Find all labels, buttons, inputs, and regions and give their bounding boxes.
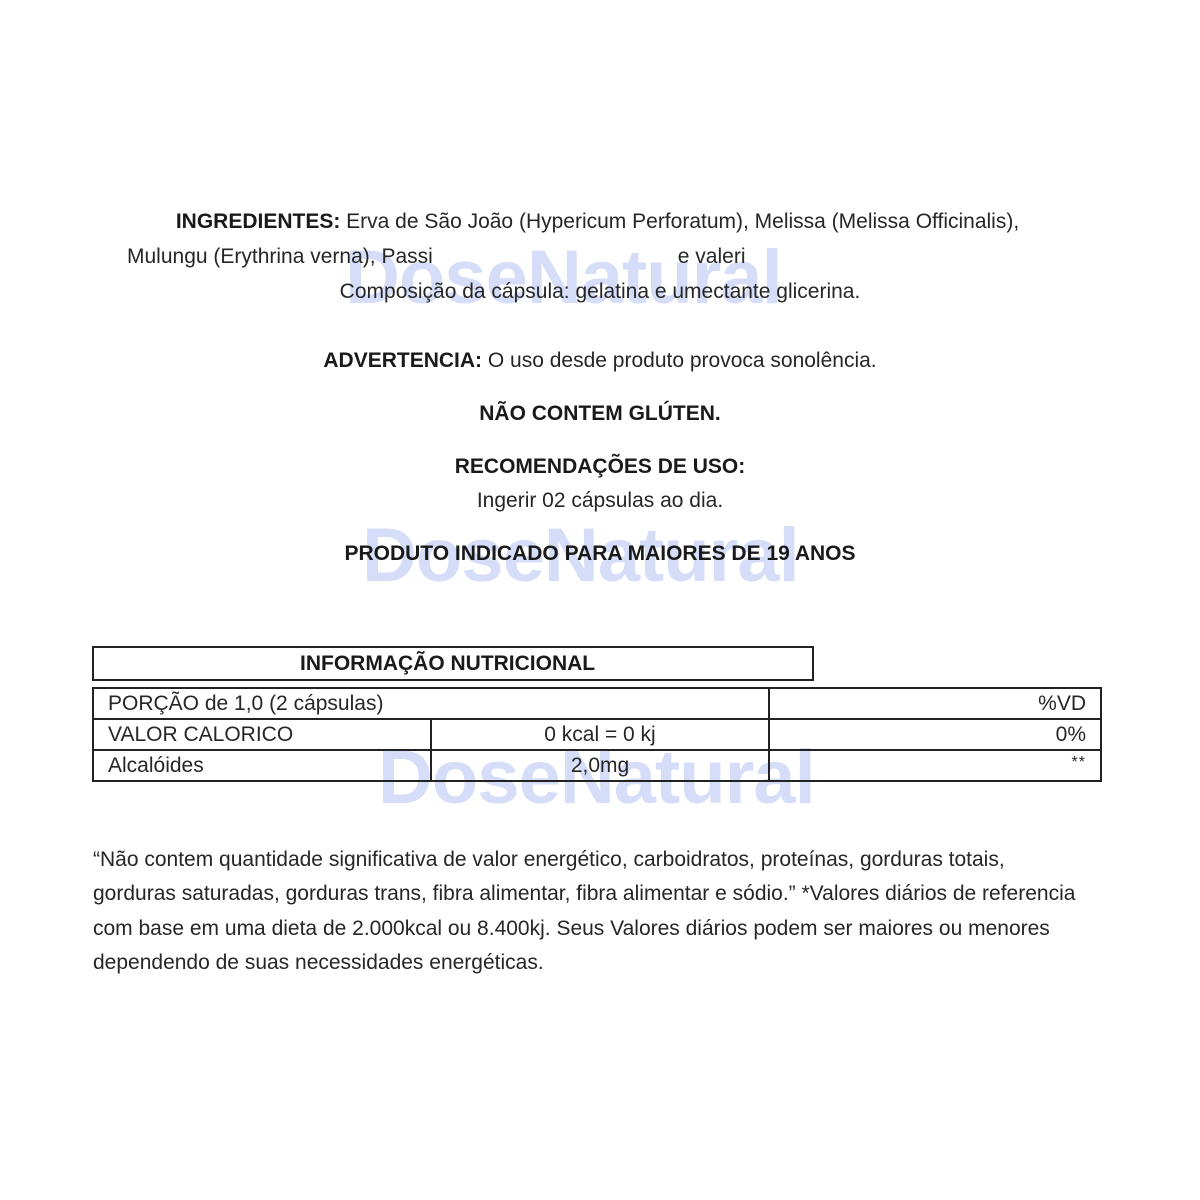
gluten-notice: NÃO CONTEM GLÚTEN. <box>0 401 1200 427</box>
vd-header-cell: %VD <box>769 688 1101 719</box>
age-notice: PRODUTO INDICADO PARA MAIORES DE 19 ANOS <box>0 541 1200 567</box>
table-row: VALOR CALORICO 0 kcal = 0 kj 0% <box>93 719 1101 750</box>
recommendations-title: RECOMENDAÇÕES DE USO: <box>0 454 1200 480</box>
warning-line: ADVERTENCIA: O uso desde produto provoca… <box>0 348 1200 374</box>
nutrient-name: VALOR CALORICO <box>93 719 431 750</box>
warning-text: O uso desde produto provoca sonolência. <box>488 349 877 372</box>
capsule-composition: Composição da cápsula: gelatina e umecta… <box>0 279 1200 305</box>
nutrient-vd: 0% <box>769 719 1101 750</box>
ingredients-line-2: Mulungu (Erythrina verna), Passie valeri <box>127 244 746 270</box>
nutrient-vd: ** <box>769 750 1101 781</box>
ingredients-text-2a: Mulungu (Erythrina verna), Passi <box>127 245 433 268</box>
nutrition-title-box: INFORMAÇÃO NUTRICIONAL <box>92 646 814 681</box>
table-row: Alcalóides 2,0mg ** <box>93 750 1101 781</box>
serving-cell: PORÇÃO de 1,0 (2 cápsulas) <box>93 688 769 719</box>
warning-label: ADVERTENCIA: <box>323 349 482 372</box>
nutrition-footnote: “Não contem quantidade significativa de … <box>93 843 1083 980</box>
ingredients-text-1: Erva de São João (Hypericum Perforatum),… <box>346 210 1019 233</box>
recommendations-text: Ingerir 02 cápsulas ao dia. <box>0 488 1200 514</box>
ingredients-label: INGREDIENTES: <box>176 210 341 233</box>
nutrition-title: INFORMAÇÃO NUTRICIONAL <box>300 648 595 679</box>
nutrient-amount: 0 kcal = 0 kj <box>431 719 769 750</box>
nutrient-amount: 2,0mg <box>431 750 769 781</box>
ingredients-text-2b: e valeri <box>678 245 746 268</box>
table-row-serving: PORÇÃO de 1,0 (2 cápsulas) %VD <box>93 688 1101 719</box>
nutrient-name: Alcalóides <box>93 750 431 781</box>
nutrition-table: PORÇÃO de 1,0 (2 cápsulas) %VD VALOR CAL… <box>92 687 1102 782</box>
ingredients-line-1: INGREDIENTES: Erva de São João (Hypericu… <box>0 209 1195 235</box>
